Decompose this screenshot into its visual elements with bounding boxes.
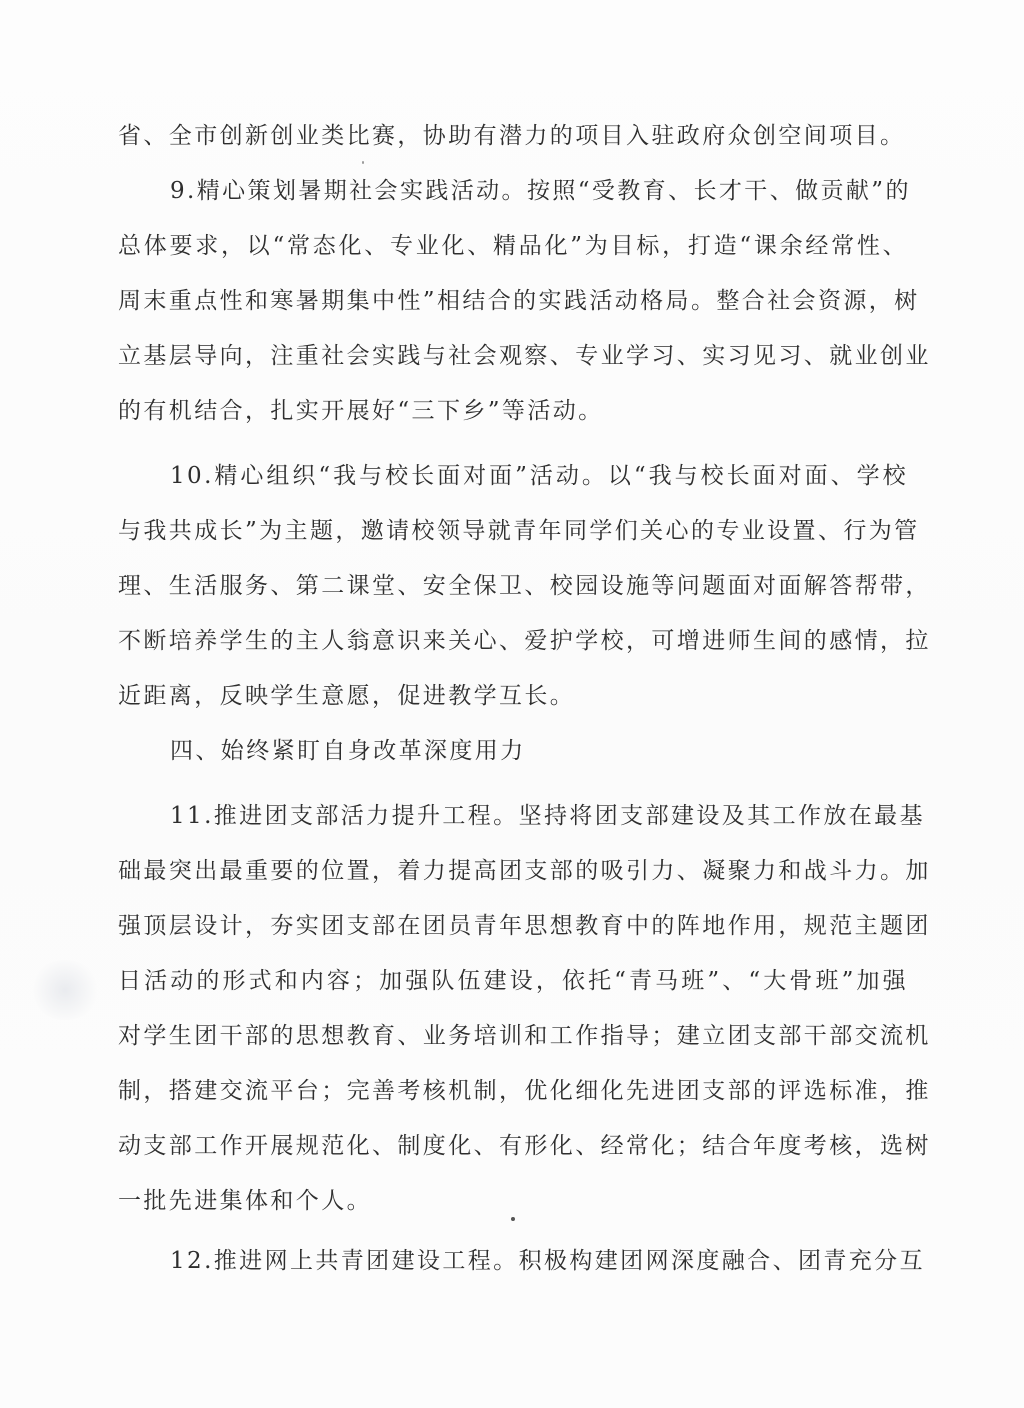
paragraph-12-start-line: 12.推进网上共青团建设工程。积极构建团网深度融合、团青充分互 bbox=[170, 1243, 908, 1279]
paragraph-line: 对学生团干部的思想教育、业务培训和工作指导；建立团支部干部交流机 bbox=[118, 1018, 908, 1054]
paragraph-line: 立基层导向，注重社会实践与社会观察、专业学习、实习见习、就业创业 bbox=[118, 338, 908, 374]
paragraph-line: 周末重点性和寒暑期集中性”相结合的实践活动格局。整合社会资源，树 bbox=[118, 283, 908, 319]
paragraph-line: 日活动的形式和内容；加强队伍建设，依托“青马班”、“大骨班”加强 bbox=[118, 963, 908, 999]
scan-smudge bbox=[30, 960, 100, 1020]
scan-speck bbox=[362, 161, 364, 164]
paragraph-line: 强顶层设计，夯实团支部在团员青年思想教育中的阵地作用，规范主题团 bbox=[118, 908, 908, 944]
paragraph-line: 与我共成长”为主题，邀请校领导就青年同学们关心的专业设置、行为管 bbox=[118, 513, 908, 549]
paragraph-11-start-line: 11.推进团支部活力提升工程。坚持将团支部建设及其工作放在最基 bbox=[170, 798, 908, 834]
paragraph-line: 础最突出最重要的位置，着力提高团支部的吸引力、凝聚力和战斗力。加 bbox=[118, 853, 908, 889]
paragraph-line: 省、全市创新创业类比赛，协助有潜力的项目入驻政府众创空间项目。 bbox=[118, 118, 908, 154]
paragraph-line: 一批先进集体和个人。 bbox=[118, 1183, 908, 1219]
paragraph-10-start-line: 10.精心组织“我与校长面对面”活动。以“我与校长面对面、学校 bbox=[170, 458, 908, 494]
paragraph-line: 近距离，反映学生意愿，促进教学互长。 bbox=[118, 678, 908, 714]
paragraph-line: 的有机结合，扎实开展好“三下乡”等活动。 bbox=[118, 393, 908, 429]
paragraph-8-end-line: 9.精心策划暑期社会实践活动。按照“受教育、长才干、做贡献”的 bbox=[170, 173, 908, 209]
paragraph-line: 不断培养学生的主人翁意识来关心、爱护学校，可增进师生间的感情，拉 bbox=[118, 623, 908, 659]
section-heading: 四、始终紧盯自身改革深度用力 bbox=[170, 733, 908, 769]
paragraph-line: 理、生活服务、第二课堂、安全保卫、校园设施等问题面对面解答帮带， bbox=[118, 568, 908, 604]
scanned-page: 省、全市创新创业类比赛，协助有潜力的项目入驻政府众创空间项目。 9.精心策划暑期… bbox=[0, 0, 1024, 1408]
paragraph-line: 动支部工作开展规范化、制度化、有形化、经常化；结合年度考核，选树 bbox=[118, 1128, 908, 1164]
paragraph-line: 总体要求，以“常态化、专业化、精品化”为目标，打造“课余经常性、 bbox=[118, 228, 908, 264]
paragraph-line: 制，搭建交流平台；完善考核机制，优化细化先进团支部的评选标准，推 bbox=[118, 1073, 908, 1109]
